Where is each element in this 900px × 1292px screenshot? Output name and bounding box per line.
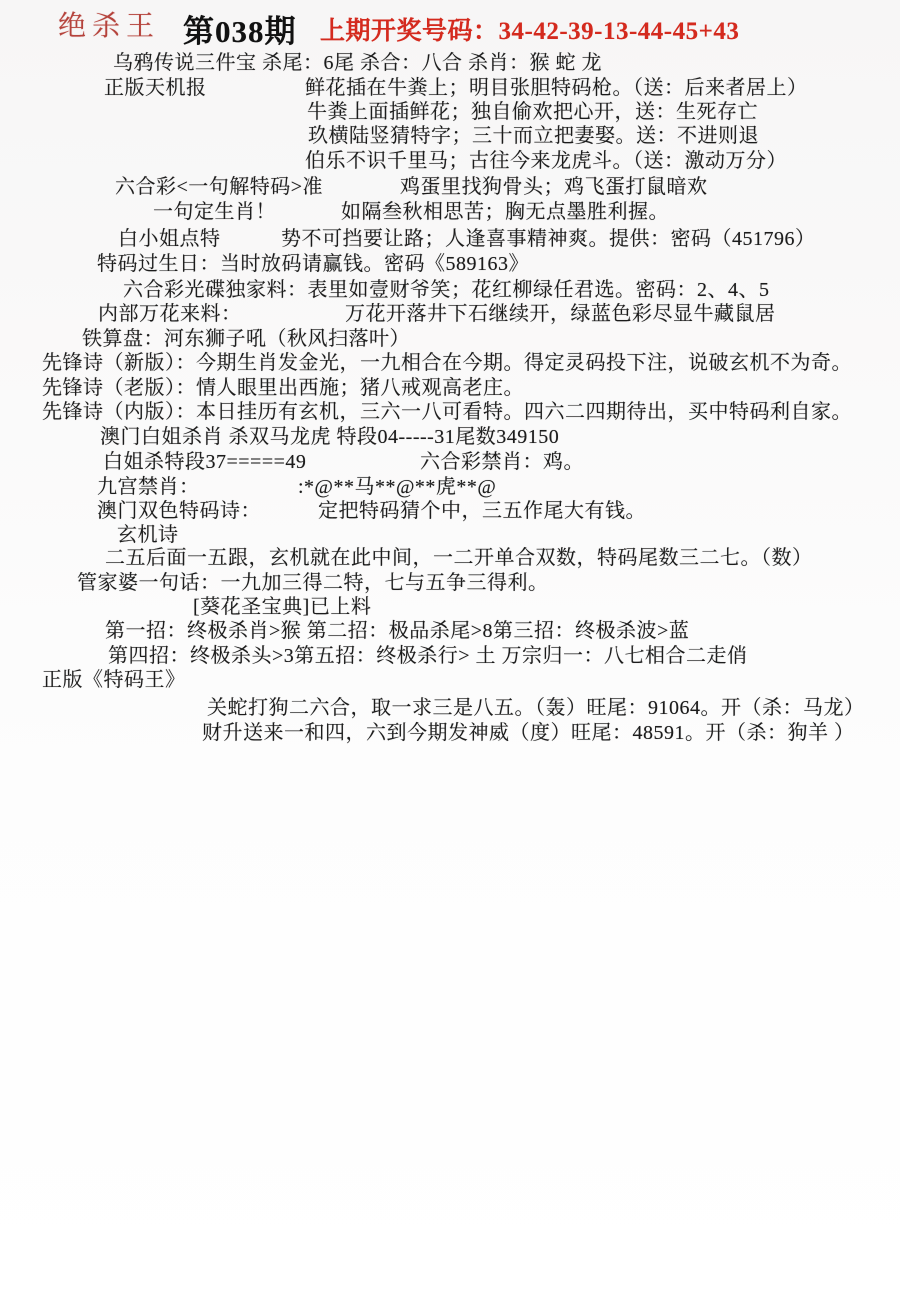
text-line: 铁算盘：河东狮子吼（秋风扫落叶） [0, 322, 900, 348]
text-line: [葵花圣宝典]已上料 [0, 590, 900, 616]
text-line: 先锋诗（新版）：今期生肖发金光，一九相合在今期。得定灵码投下注，说破玄机不为奇。 [0, 346, 900, 372]
text-line: 管家婆一句话：一九加三得二特，七与五争三得利。 [0, 566, 900, 592]
text-segment: 正版《特码王》 [42, 663, 186, 692]
text-segment: 特码过生日：当时放码请赢钱。密码《589163》 [97, 247, 529, 276]
text-line: 财升送来一和四，六到今期发神威（度）旺尾：48591。开（杀：狗羊 ） [0, 716, 900, 742]
text-segment: 财升送来一和四，六到今期发神威（度）旺尾：48591。开（杀：狗羊 ） [202, 716, 855, 745]
text-line: 特码过生日：当时放码请赢钱。密码《589163》 [0, 247, 900, 273]
text-line: 正版《特码王》 [0, 663, 900, 689]
text-line: 第一招：终极杀肖>猴 第二招：极品杀尾>8第三招：终极杀波>蓝 [0, 614, 900, 640]
brand-title: 绝杀王 [58, 4, 160, 44]
text-line: 澳门双色特码诗：定把特码猜个中，三五作尾大有钱。 [0, 494, 900, 520]
text-line: 澳门白姐杀肖 杀双马龙虎 特段04-----31尾数349150 [0, 420, 900, 446]
text-line: 先锋诗（内版）：本日挂历有玄机，三六一八可看特。四六二四期待出，买中特码利自家。 [0, 395, 900, 421]
text-segment: 如隔叁秋相思苦；胸无点墨胜利握。 [341, 195, 669, 224]
text-line: 六合彩光碟独家料：表里如壹财爷笑；花红柳绿任君选。密码：2、4、5 [0, 273, 900, 299]
text-line: 六合彩<一句解特码>准鸡蛋里找狗骨头；鸡飞蛋打鼠暗欢 [0, 170, 900, 196]
text-segment: 伯乐不识千里马；古往今来龙虎斗。（送：激动万分） [305, 144, 787, 173]
text-line: 一句定生肖！如隔叁秋相思苦；胸无点墨胜利握。 [0, 195, 900, 221]
lottery-tip-sheet: 绝杀王 第038期 上期开奖号码：34-42-39-13-44-45+43 乌鸦… [0, 0, 900, 1292]
text-line: 乌鸦传说三件宝 杀尾：6尾 杀合：八合 杀肖：猴 蛇 龙 [0, 46, 900, 72]
text-line: 关蛇打狗二六合，取一求三是八五。（轰）旺尾：91064。开（杀：马龙） [0, 691, 900, 717]
text-line: 伯乐不识千里马；古往今来龙虎斗。（送：激动万分） [0, 144, 900, 170]
text-line: 二五后面一五跟，玄机就在此中间，一二开单合双数，特码尾数三二七。（数） [0, 541, 900, 567]
last-draw-numbers: 上期开奖号码：34-42-39-13-44-45+43 [320, 11, 739, 47]
text-line: 白姐杀特段37=====49六合彩禁肖：鸡。 [0, 445, 900, 471]
text-segment: 一句定生肖！ [153, 195, 276, 224]
text-line: 牛粪上面插鲜花；独自偷欢把心开，送：生死存亡 [0, 95, 900, 121]
text-line: 玖横陆竖猜特字；三十而立把妻娶。送：不进则退 [0, 119, 900, 145]
text-line: 白小姐点特势不可挡要让路；人逢喜事精神爽。提供：密码（451796） [0, 222, 900, 248]
issue-number: 第038期 [183, 6, 297, 51]
text-line: 九宫禁肖：:*@**马**@**虎**@ [0, 470, 900, 496]
text-line: 内部万花来料：万花开落井下石继续开，绿蓝色彩尽显牛藏鼠居 [0, 297, 900, 323]
text-line: 正版天机报鲜花插在牛粪上；明目张胆特码枪。（送：后来者居上） [0, 71, 900, 97]
text-line: 第四招：终极杀头>3第五招：终极杀行> 土 万宗归一：八七相合二走俏 [0, 639, 900, 665]
text-line: 先锋诗（老版）：情人眼里出西施；猪八戒观高老庄。 [0, 371, 900, 397]
